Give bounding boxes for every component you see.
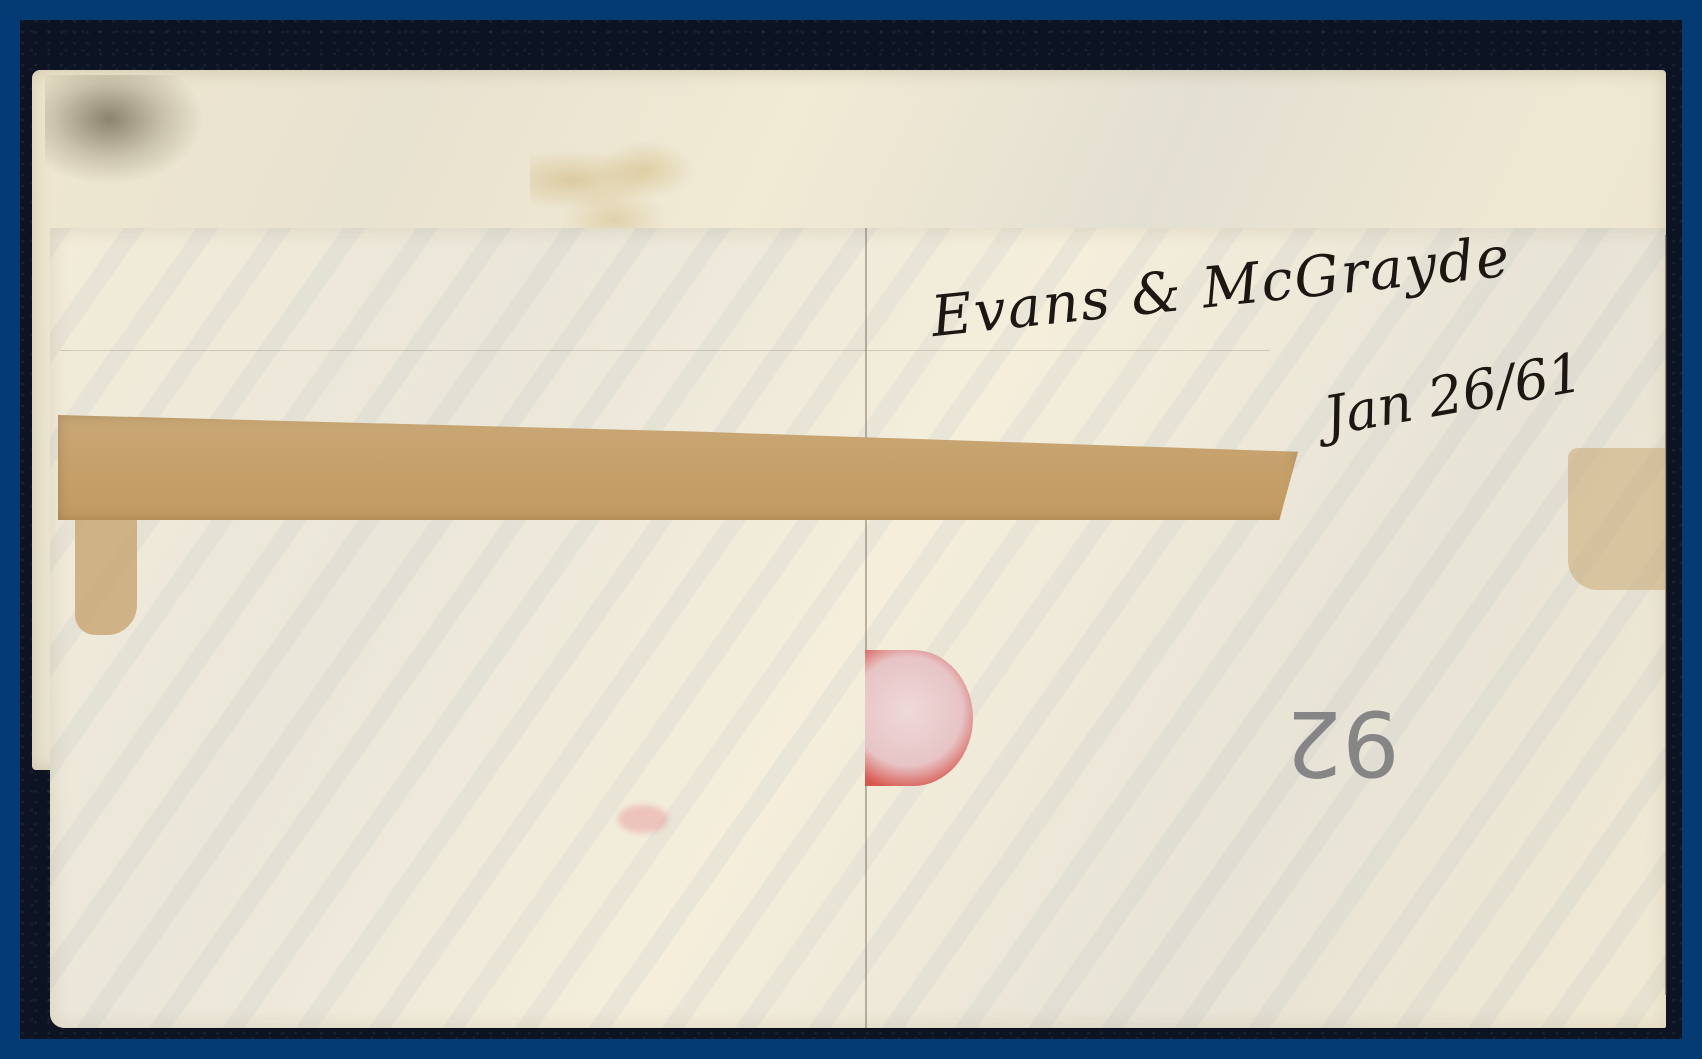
- flap-crease: [60, 350, 1270, 351]
- tape-stain-right: [1568, 448, 1665, 590]
- foxing-spots: [530, 140, 740, 240]
- pencil-notation: 92: [1285, 690, 1400, 795]
- seal-disk: [865, 650, 973, 786]
- pink-ink-mark: [618, 805, 668, 833]
- vertical-fold: [865, 228, 867, 1028]
- inner-sheet-edge: [1665, 235, 1667, 995]
- letter-front-flap: [50, 228, 1666, 1028]
- tape-stain-left: [75, 520, 137, 635]
- grime-stain: [45, 75, 205, 185]
- red-wax-seal: [865, 650, 973, 786]
